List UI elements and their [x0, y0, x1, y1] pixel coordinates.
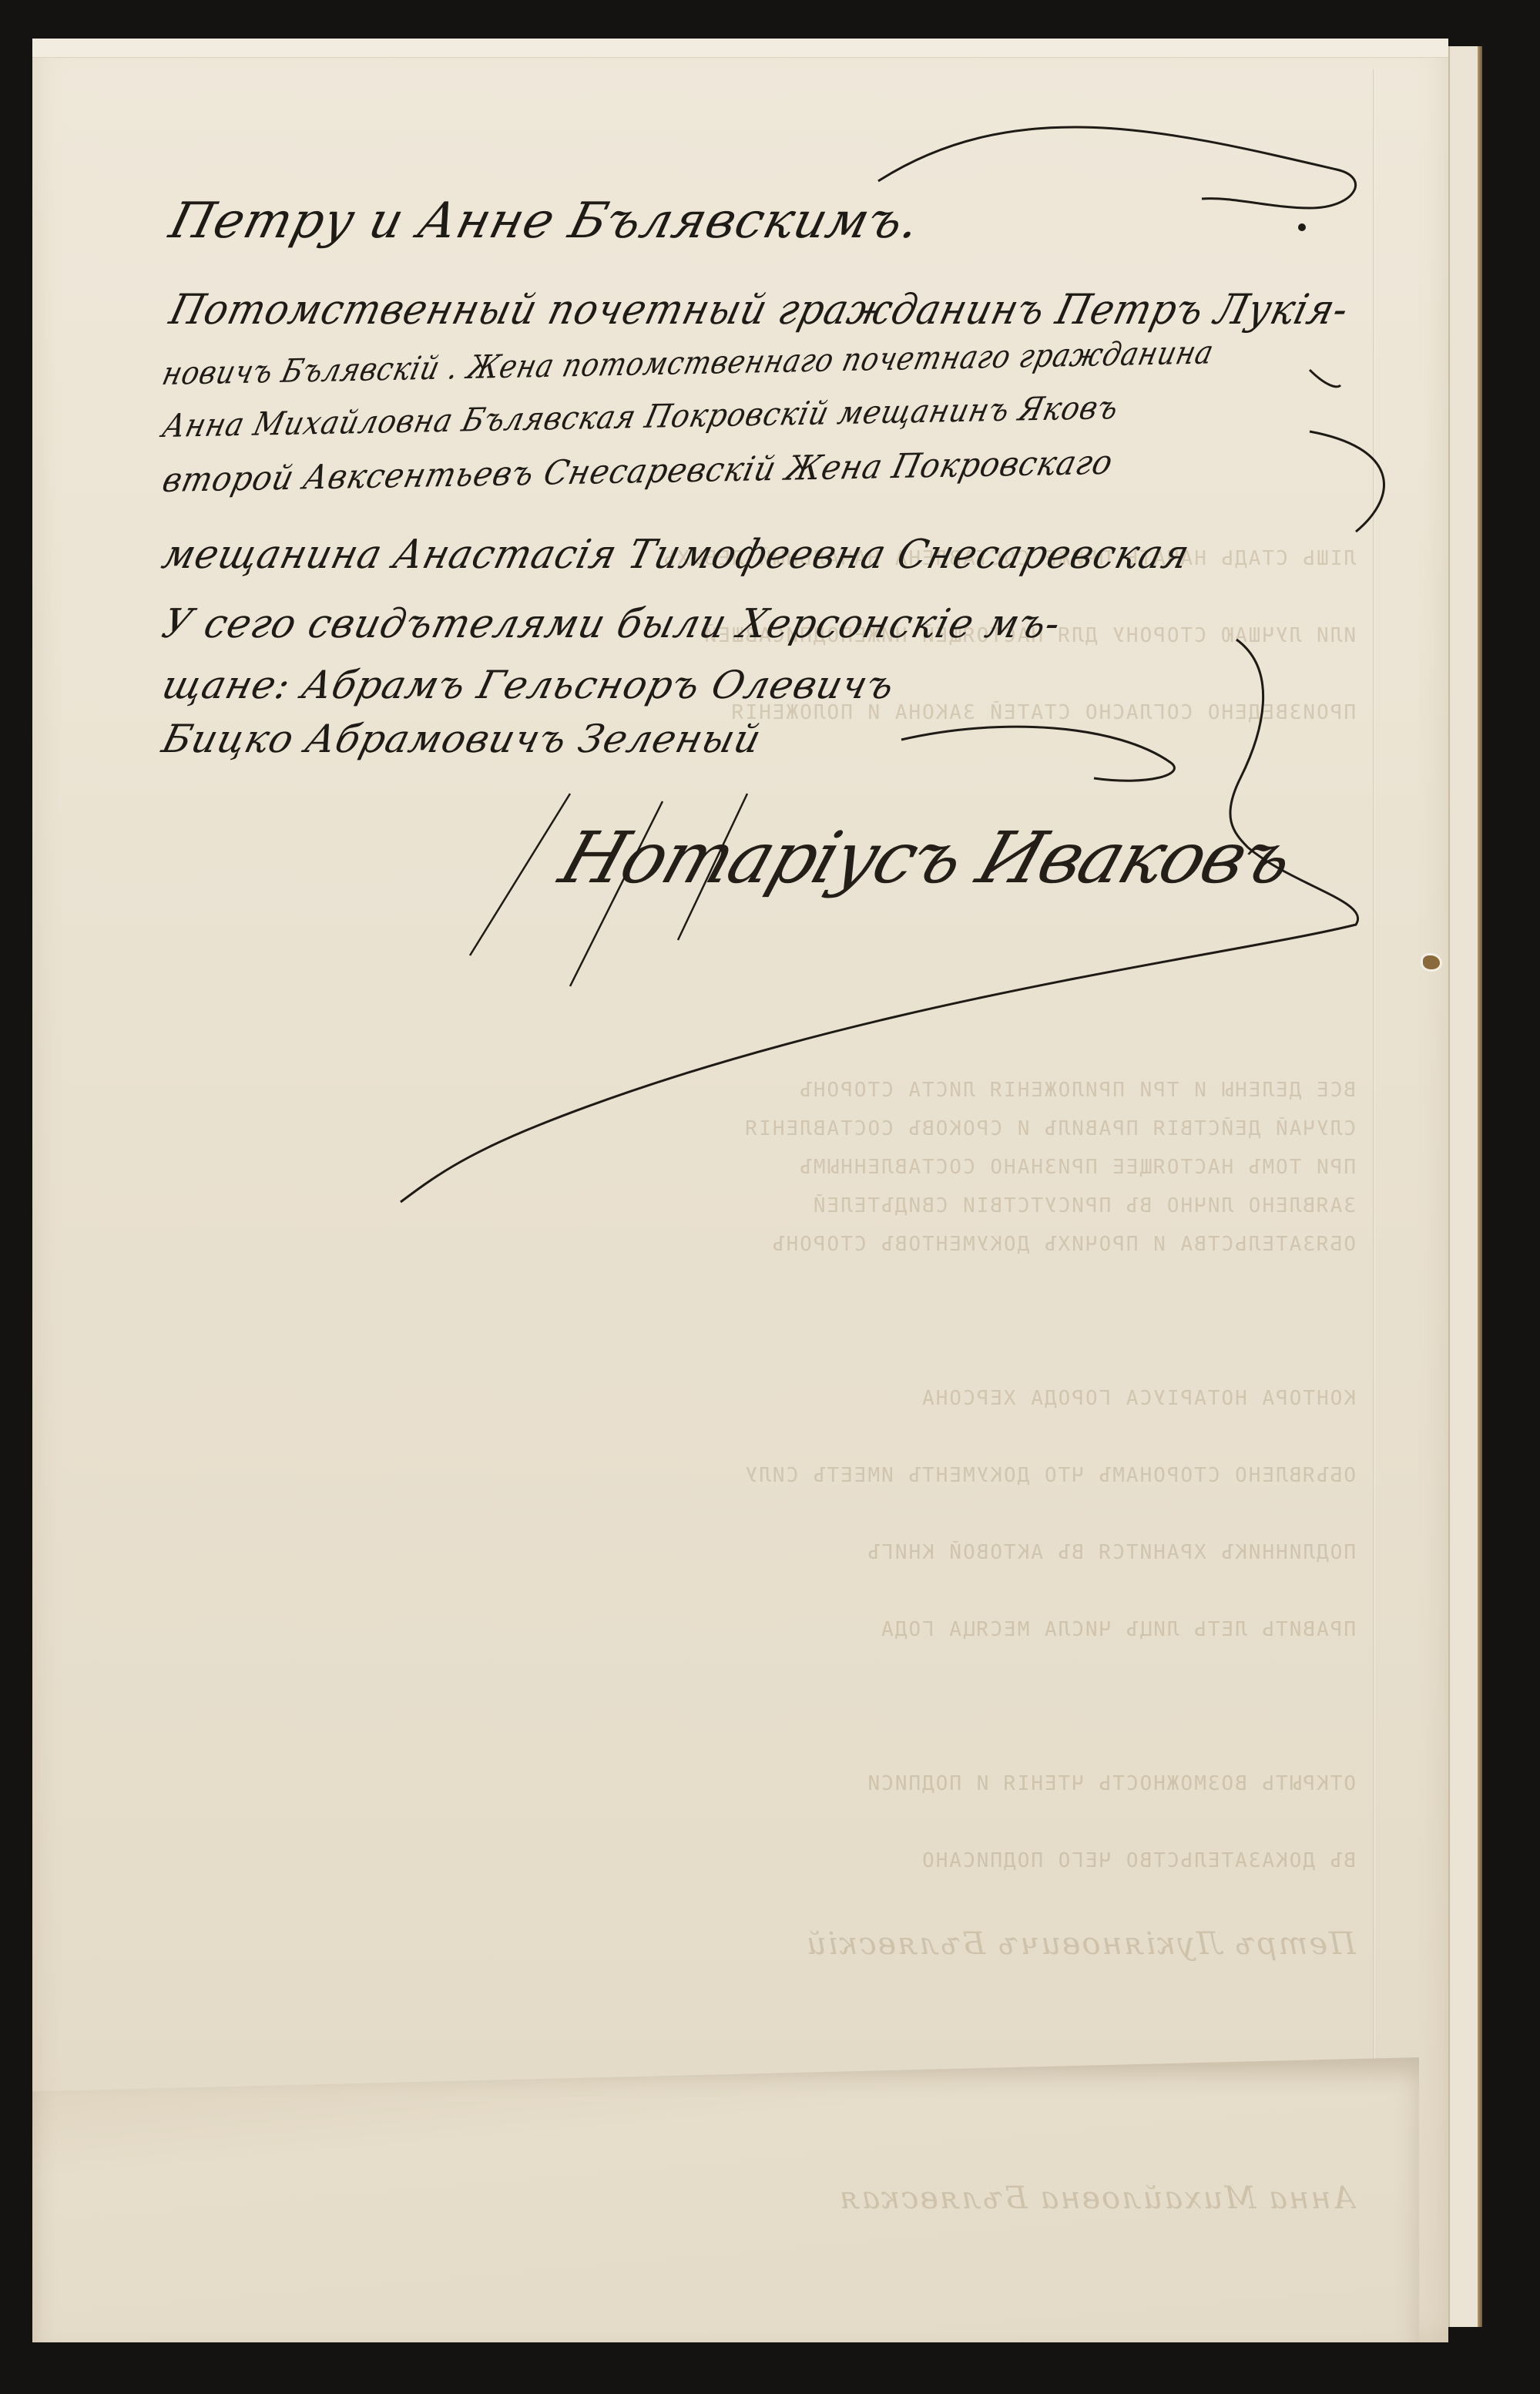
handwritten-line: щане: Абрамъ Гельсноръ Олевичъ — [158, 663, 900, 707]
handwritten-line: второй Авксентьевъ Снесаревскій Жена Пок… — [159, 443, 1117, 500]
handwritten-line: У сего свидътелями были Херсонскіе мъ- — [158, 601, 1066, 647]
document-page: ЛІШЬ СТАДЬ НАЧАТЬ ПРИЖЕ СОСТАВЛЕНА НАЧАЛ… — [32, 39, 1448, 2342]
bleed-through-line: ЗАЯВЛЕНО ЛИЧНО ВЪ ПРИСУТСТВІИ СВИДЪТЕЛЕЙ — [125, 1194, 1356, 1217]
vertical-fold-crease — [1373, 69, 1375, 2304]
bleed-through-line: ПРАВИТЬ ЛЕТЬ ЛИЦЪ ЧИСЛА МЕСЯЦА ГОДА — [125, 1618, 1356, 1641]
bleed-through-handwriting: Анна Михайловна Бълявская — [233, 2181, 1356, 2216]
notary-signature: Нотаріусъ Иваковъ — [551, 817, 1303, 899]
bleed-through-line: ОТКРЫТЬ ВОЗМОЖНОСТЬ ЧТЕНІЯ И ПОДПИСИ — [125, 1772, 1356, 1795]
bleed-through-line: КОНТОРА НОТАРІУСА ГОРОДА ХЕРСОНА — [125, 1387, 1356, 1410]
page-top-edge — [32, 39, 1448, 58]
bleed-through-handwriting: Петръ Лукіяновичъ Бълявскій — [233, 1926, 1356, 1962]
handwritten-heading: Петру и Анне Бълявскимъ. — [164, 193, 926, 250]
backing-sheet-edge — [1478, 46, 1482, 2327]
bleed-through-line: СЛУЧАЙ ДЕЙСТВІЯ ПРАВИЛЪ И СРОКОВЪ СОСТАВ… — [125, 1117, 1356, 1140]
backing-sheet — [1448, 46, 1481, 2327]
bleed-through-line: ПРИ ТОМЪ НАСТОЯЩЕЕ ПРИЗНАНО СОСТАВЛЕННЫМ… — [125, 1156, 1356, 1179]
handwritten-line: Бицко Абрамовичъ Зеленый — [158, 717, 767, 761]
bleed-through-line: ПОДЛИННИКЪ ХРАНИТСЯ ВЪ АКТОВОЙ КНИГЪ — [125, 1541, 1356, 1564]
bleed-through-line: ОБЯЗАТЕЛЬСТВА И ПРОЧИХЪ ДОКУМЕНТОВЪ СТОР… — [125, 1233, 1356, 1256]
bleed-through-line: ВЪ ДОКАЗАТЕЛЬСТВО ЧЕГО ПОДПИСАНО — [125, 1849, 1356, 1872]
handwritten-line: Потомственный почетный гражданинъ Петръ … — [165, 285, 1354, 334]
handwritten-line: мещанина Анастасія Тимофеевна Снесаревск… — [158, 532, 1195, 578]
bleed-through-line: ОБЪЯВЛЕНО СТОРОНАМЪ ЧТО ДОКУМЕНТЪ ИМЕЕТЪ… — [125, 1464, 1356, 1487]
handwritten-line: новичъ Бълявскій . Жена потомственнаго п… — [159, 333, 1217, 392]
handwritten-line: Анна Михайловна Бълявская Покровскій мещ… — [159, 388, 1122, 445]
bleed-through-line: ВСЕ ДЕЛЕНЫ И ТРИ ПРИЛОЖЕНІЯ ЛИСТА СТОРОН… — [125, 1079, 1356, 1102]
paper-damage-spot — [1423, 955, 1440, 969]
